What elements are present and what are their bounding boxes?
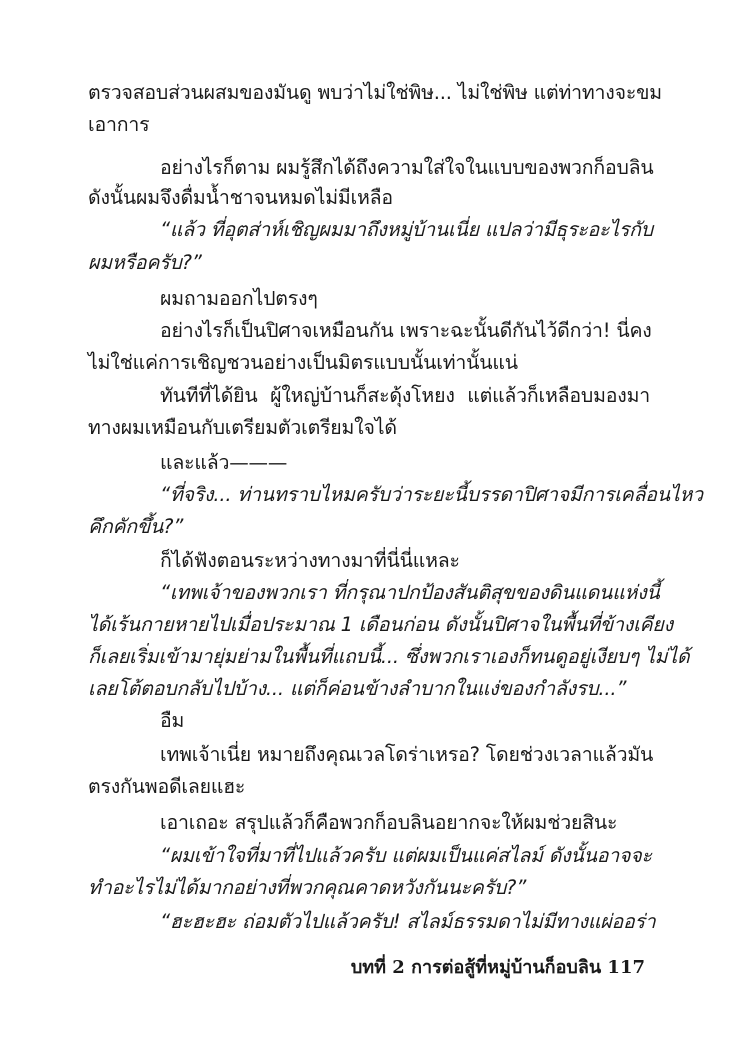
quote-line: ได้เร้นกายหายไปเมื่อประมาณ 1 เดือนก่อน ด… <box>88 610 650 640</box>
text-line: เอาเถอะ สรุปแล้วก็คือพวกก็อบลินอยากจะให้… <box>160 808 650 838</box>
text-line: ทางผมเหมือนกับเตรียมตัวเตรียมใจได้ <box>88 413 650 443</box>
quote-line: คึกคักขึ้น?” <box>88 512 650 542</box>
text-line: ตรงกันพอดีเลยแฮะ <box>88 772 650 802</box>
text-line: และแล้ว——— <box>160 448 650 478</box>
text-line: อืม <box>160 706 650 736</box>
quote-line: “ที่จริง... ท่านทราบไหมครับว่าระยะนี้บรร… <box>160 480 650 510</box>
quote-line: “ฮะฮะฮะ ถ่อมตัวไปแล้วครับ! สไลม์ธรรมดาไม… <box>160 907 650 937</box>
text-line: ตรวจสอบส่วนผสมของมันดู พบว่าไม่ใช่พิษ...… <box>88 78 650 108</box>
quote-line: “แล้ว ที่อุตส่าห์เชิญผมมาถึงหมู่บ้านเนี่… <box>160 215 650 245</box>
text-line: อย่างไรก็เป็นปิศาจเหมือนกัน เพราะฉะนั้นด… <box>160 316 650 346</box>
text-line: ไม่ใช่แค่การเชิญชวนอย่างเป็นมิตรแบบนั้นเ… <box>88 348 650 378</box>
text-line: ทันทีที่ได้ยิน ผู้ใหญ่บ้านก็สะดุ้งโหยง แ… <box>160 381 650 411</box>
page-footer: บทที่ 2 การต่อสู้ที่หมู่บ้านก็อบลิน 117 <box>351 954 645 982</box>
text-line: ก็ได้ฟังตอนระหว่างทางมาที่นี่นี่แหละ <box>160 546 650 576</box>
text-line: เอาการ <box>88 110 650 140</box>
text-line: เทพเจ้าเนี่ย หมายถึงคุณเวลโดร่าเหรอ? โดย… <box>160 740 650 770</box>
quote-line: ผมหรือครับ?” <box>88 248 650 278</box>
book-page: ตรวจสอบส่วนผสมของมันดู พบว่าไม่ใช่พิษ...… <box>0 0 738 1051</box>
quote-line: ก็เลยเริ่มเข้ามายุ่มย่ามในพื้นที่แถบนี้.… <box>88 642 650 672</box>
text-line: ผมถามออกไปตรงๆ <box>160 284 650 314</box>
text-line: ดังนั้นผมจึงดื่มน้ำชาจนหมดไม่มีเหลือ <box>88 183 650 213</box>
text-line: อย่างไรก็ตาม ผมรู้สึกได้ถึงความใส่ใจในแบ… <box>160 153 650 183</box>
quote-line: ทำอะไรไม่ได้มากอย่างที่พวกคุณคาดหวังกันน… <box>88 873 650 903</box>
quote-line: “ผมเข้าใจที่มาที่ไปแล้วครับ แต่ผมเป็นแค่… <box>160 841 650 871</box>
quote-line: “เทพเจ้าของพวกเรา ที่กรุณาปกป้องสันติสุข… <box>160 578 650 608</box>
quote-line: เลยโต้ตอบกลับไปบ้าง... แต่ก็ค่อนข้างลำบา… <box>88 674 650 704</box>
